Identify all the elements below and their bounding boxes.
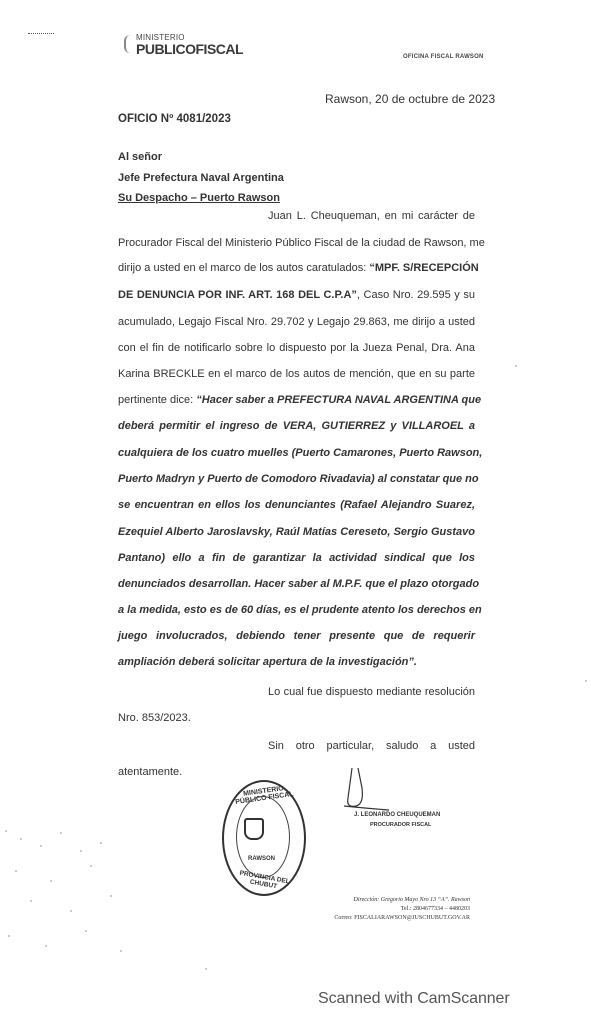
signer-title: PROCURADOR FISCAL — [370, 822, 431, 828]
scan-noise — [90, 865, 92, 867]
footer-phone: Tel.: 2804677334 – 4480203 — [320, 906, 470, 912]
body-line: cualquiera de los cuatro muelles (Puerto… — [118, 447, 475, 459]
scan-noise — [585, 680, 587, 682]
body-line: Ezequiel Alberto Jaroslavsky, Raúl Matía… — [118, 526, 475, 538]
body-line: Juan L. Cheuqueman, en mi carácter de — [268, 210, 475, 222]
scan-artifact — [28, 33, 54, 37]
signature-icon — [334, 768, 394, 816]
scan-noise — [120, 950, 122, 952]
logo-subtext: · · · · · · · · · — [138, 59, 210, 64]
scan-noise — [20, 838, 22, 840]
body-line: con el fin de notificarlo sobre lo dispu… — [118, 342, 475, 354]
scan-noise — [100, 842, 102, 844]
scan-noise — [80, 850, 82, 852]
scan-noise — [5, 830, 7, 832]
scan-noise — [60, 832, 62, 834]
body-line: pertinente dice: “Hacer saber a PREFECTU… — [118, 394, 475, 406]
body-line: Nro. 853/2023. — [118, 712, 475, 724]
body-line: Procurador Fiscal del Ministerio Público… — [118, 237, 475, 249]
scan-noise — [515, 365, 517, 367]
scan-noise — [8, 935, 10, 937]
office-header: OFICINA FISCAL RAWSON — [403, 54, 484, 60]
scan-noise — [180, 560, 182, 562]
recipient-location: Su Despacho – Puerto Rawson — [118, 192, 280, 204]
body-line: a la medida, esto es de 60 días, es el p… — [118, 604, 475, 616]
ministerio-publico-fiscal-logo: MINISTERIO PUBLICOFISCAL · · · · · · · ·… — [124, 33, 244, 65]
scan-noise — [70, 910, 72, 912]
scan-noise — [50, 880, 52, 882]
letter-date: Rawson, 20 de octubre de 2023 — [325, 92, 495, 106]
body-line: deberá permitir el ingreso de VERA, GUTI… — [118, 420, 475, 432]
scan-noise — [40, 845, 42, 847]
seal-inner-ring — [236, 796, 290, 878]
body-line: Lo cual fue dispuesto mediante resolució… — [268, 686, 475, 698]
body-line: denunciados desarrollan. Hacer saber al … — [118, 578, 475, 590]
logo-main-text: PUBLICOFISCAL — [136, 41, 243, 57]
coat-of-arms-icon — [244, 818, 264, 840]
body-line: Puerto Madryn y Puerto de Comodoro Rivad… — [118, 473, 475, 485]
recipient-title: Jefe Prefectura Naval Argentina — [118, 172, 284, 184]
scan-noise — [205, 968, 207, 970]
scan-noise — [110, 895, 112, 897]
footer-address: Dirección: Gregorio Mayo Nro 13 “A”. Raw… — [320, 897, 470, 903]
body-line: se encuentran en ellos los denunciantes … — [118, 499, 475, 511]
recipient-greeting: Al señor — [118, 151, 162, 163]
seal-city: RAWSON — [248, 856, 275, 862]
scan-noise — [45, 945, 47, 947]
camscanner-watermark: Scanned with CamScanner — [318, 990, 510, 1008]
scan-noise — [15, 870, 17, 872]
signer-name: J. LEONARDO CHEUQUEMAN — [354, 812, 440, 818]
body-line: Sin otro particular, saludo a usted — [268, 740, 475, 752]
body-line: dirijo a usted en el marco de los autos … — [118, 262, 475, 274]
official-seal: MINISTERIO PÚBLICO FISCAL RAWSON PROVINC… — [222, 780, 306, 896]
body-line: DE DENUNCIA POR INF. ART. 168 DEL C.P.A”… — [118, 289, 475, 301]
oficio-number: OFICIO Nº 4081/2023 — [118, 113, 231, 125]
body-line: Pantano) ello a fin de garantizar la act… — [118, 552, 475, 564]
body-line: juego involucrados, debiendo tener prese… — [118, 630, 475, 642]
logo-mark-icon — [124, 35, 134, 53]
footer-email: Correo: FISCALIARAWSON@JUSCHUBUT.GOV.AR — [300, 915, 470, 921]
body-line: ampliación deberá solicitar apertura de … — [118, 656, 475, 668]
body-line: atentamente. — [118, 766, 475, 778]
scan-noise — [85, 930, 87, 932]
body-line: acumulado, Legajo Fiscal Nro. 29.702 y L… — [118, 316, 475, 328]
body-line: Karina BRECKLE en el marco de los autos … — [118, 368, 475, 380]
scan-noise — [30, 900, 32, 902]
